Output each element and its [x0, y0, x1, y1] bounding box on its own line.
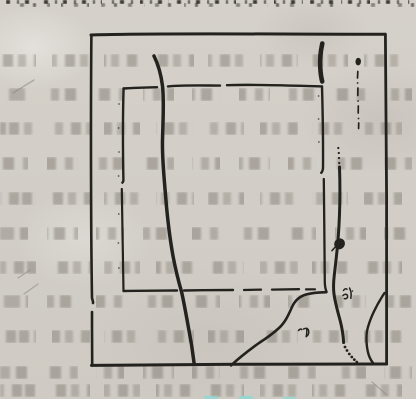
- scanner-mark: [239, 396, 253, 399]
- dot: [338, 152, 340, 154]
- boundary-tick-dots: [118, 95, 320, 269]
- dot: [337, 147, 339, 149]
- road-diagonal: [231, 292, 326, 365]
- sketch-map-figure: [0, 0, 416, 399]
- map-label-lower: [299, 328, 309, 336]
- inner-bottom-solid-2: [184, 290, 233, 291]
- inner-left-upper: [122, 89, 123, 183]
- inner-top-left-segment: [124, 87, 158, 88]
- settlement-mark: [332, 238, 345, 250]
- outer-border-top: [91, 34, 385, 35]
- dot: [338, 157, 340, 159]
- inner-top-mid-segment: [168, 85, 220, 86]
- river-dotted-outlet: [344, 346, 359, 364]
- dash-dot-blob: [355, 58, 360, 65]
- inner-boundary: [118, 85, 327, 292]
- outer-border-right: [385, 34, 386, 364]
- dot: [357, 82, 359, 84]
- river-main: [154, 56, 194, 364]
- river-right: [334, 147, 359, 364]
- inner-right-lower: [324, 179, 327, 292]
- dash-dot-line: [355, 58, 360, 129]
- outer-border: [91, 34, 387, 366]
- inner-left-lower: [122, 189, 124, 291]
- scratch-top-left: [13, 80, 34, 93]
- inner-right-upper: [321, 86, 323, 172]
- outer-border-bottom: [92, 364, 387, 365]
- river-right-main: [334, 167, 344, 343]
- settlement-blob: [334, 238, 345, 249]
- branch-stream-right: [366, 293, 384, 364]
- scratch-bottom-right: [372, 382, 387, 395]
- dot: [338, 162, 340, 164]
- scanner-mark: [204, 396, 218, 399]
- inner-bottom-solid-1: [124, 291, 178, 292]
- scanned-page: [0, 0, 416, 399]
- scratch-mid-left-1: [18, 270, 30, 278]
- settlement-blob-tail: [332, 248, 335, 251]
- river-upper-thick-stroke: [320, 44, 322, 82]
- inner-top-right-segment: [227, 85, 322, 87]
- dot: [358, 118, 360, 120]
- dot: [357, 100, 359, 102]
- outer-border-left-upper: [91, 35, 93, 303]
- scratch-mid-left-2: [24, 284, 38, 294]
- pencil-scratches: [13, 80, 387, 395]
- map-label-upper: [343, 288, 353, 299]
